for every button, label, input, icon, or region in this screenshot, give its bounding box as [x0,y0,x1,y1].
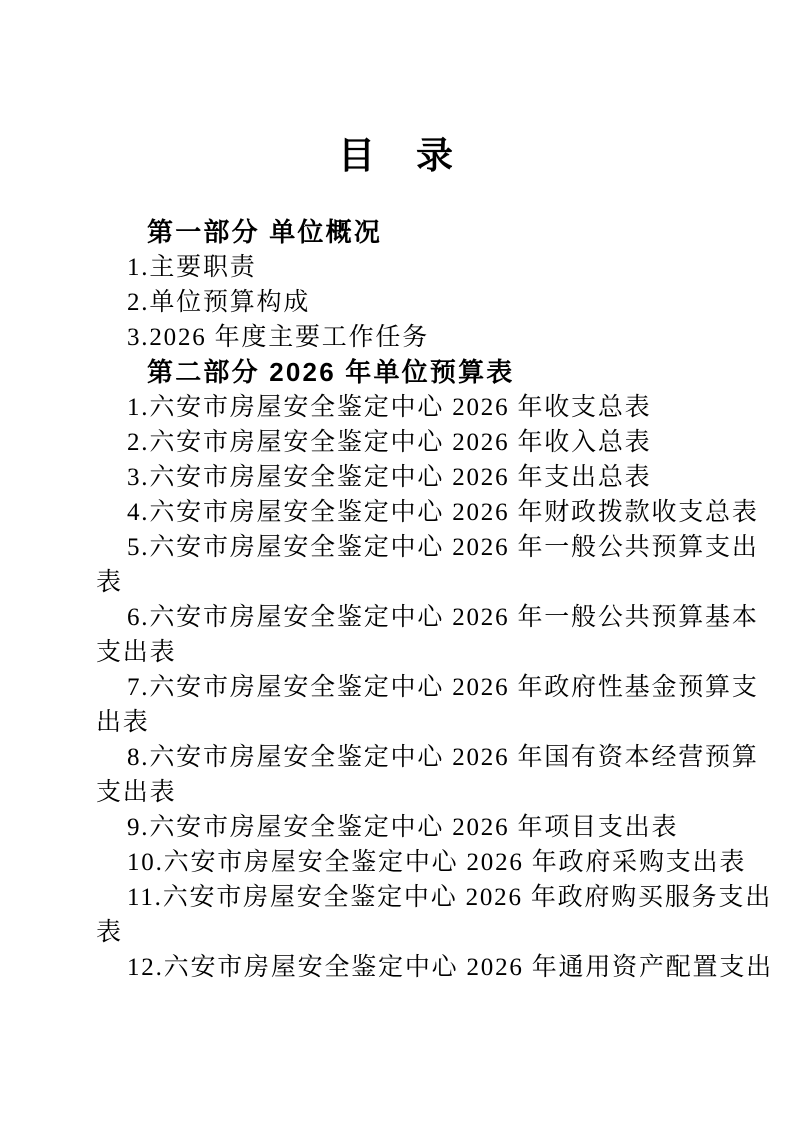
toc-item: 10.六安市房屋安全鉴定中心 2026 年政府采购支出表 [96,845,697,880]
toc-item: 3.2026 年度主要工作任务 [96,320,697,355]
toc-item: 7.六安市房屋安全鉴定中心 2026 年政府性基金预算支 [96,670,697,705]
toc-item: 4.六安市房屋安全鉴定中心 2026 年财政拨款收支总表 [96,495,697,530]
toc-item: 9.六安市房屋安全鉴定中心 2026 年项目支出表 [96,810,697,845]
toc-item: 11.六安市房屋安全鉴定中心 2026 年政府购买服务支出 [96,880,697,915]
toc-item: 8.六安市房屋安全鉴定中心 2026 年国有资本经营预算 [96,740,697,775]
toc-item: 3.六安市房屋安全鉴定中心 2026 年支出总表 [96,460,697,495]
page-title: 目 录 [0,0,793,178]
toc-item: 1.主要职责 [96,250,697,285]
document-page: 目 录 第一部分 单位概况1.主要职责2.单位预算构成3.2026 年度主要工作… [0,0,793,1122]
toc-item-continuation: 支出表 [96,635,697,670]
table-of-contents: 第一部分 单位概况1.主要职责2.单位预算构成3.2026 年度主要工作任务第二… [96,215,697,985]
toc-item: 2.单位预算构成 [96,285,697,320]
toc-item: 6.六安市房屋安全鉴定中心 2026 年一般公共预算基本 [96,600,697,635]
toc-item: 5.六安市房屋安全鉴定中心 2026 年一般公共预算支出 [96,530,697,565]
toc-section-heading: 第一部分 单位概况 [96,215,697,250]
toc-item-continuation: 表 [96,915,697,950]
toc-item-continuation: 出表 [96,705,697,740]
toc-item: 1.六安市房屋安全鉴定中心 2026 年收支总表 [96,390,697,425]
toc-item: 12.六安市房屋安全鉴定中心 2026 年通用资产配置支出 [96,950,697,985]
toc-item-continuation: 支出表 [96,775,697,810]
toc-item-continuation: 表 [96,565,697,600]
toc-item: 2.六安市房屋安全鉴定中心 2026 年收入总表 [96,425,697,460]
toc-section-heading: 第二部分 2026 年单位预算表 [96,355,697,390]
